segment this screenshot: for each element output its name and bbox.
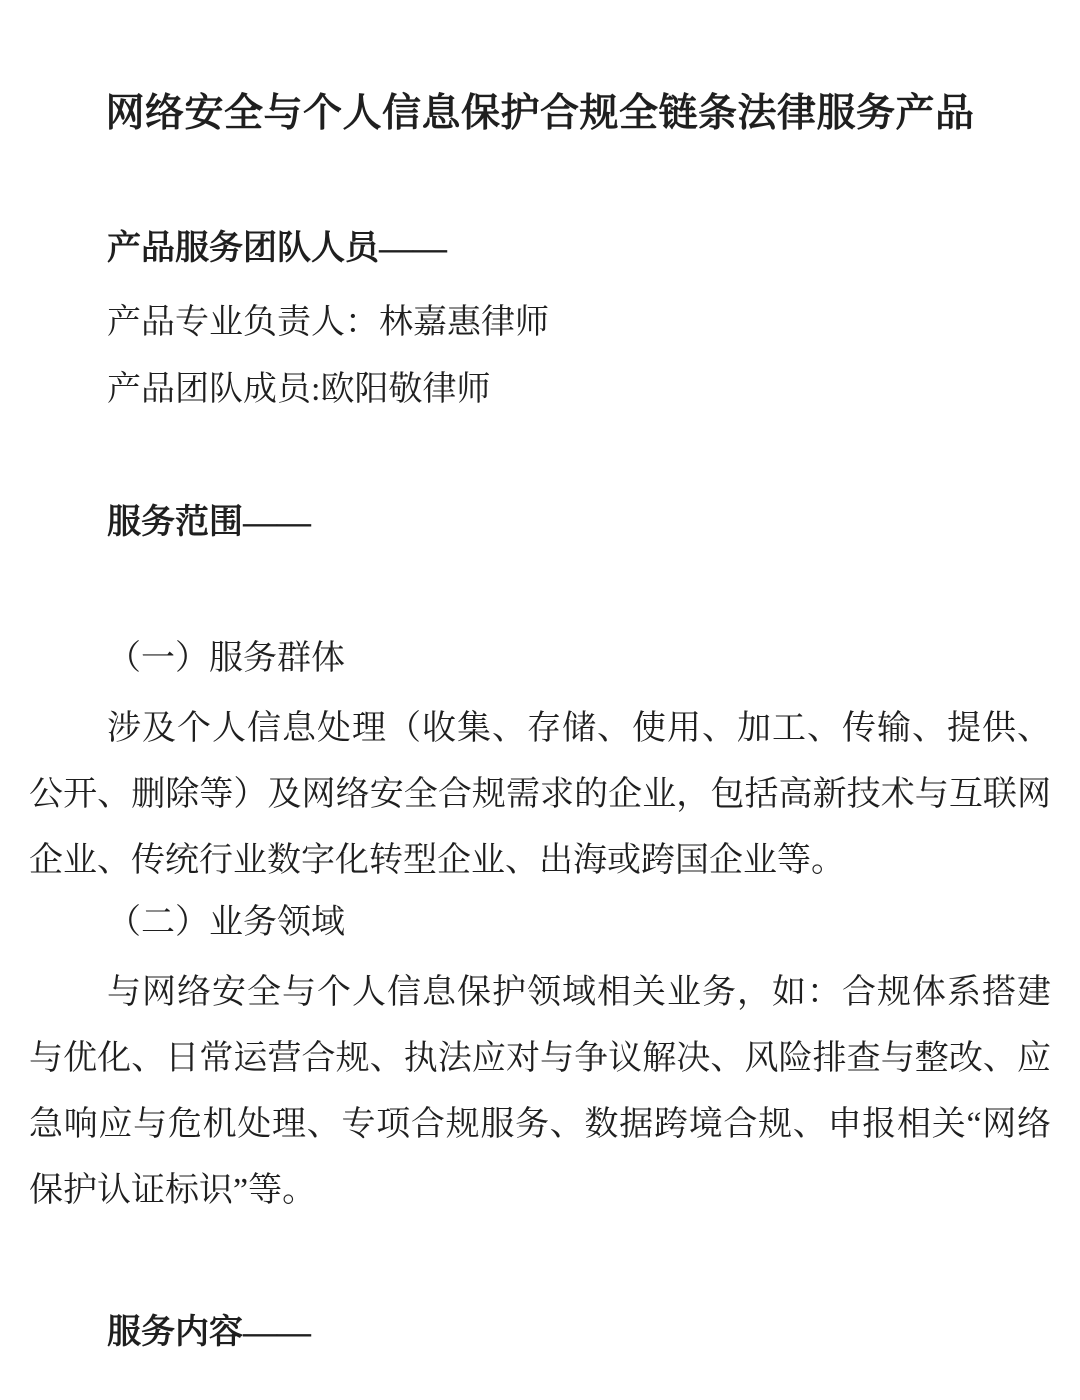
team-leader-line: 产品专业负责人：林嘉惠律师 <box>29 290 1051 356</box>
service-scope-heading: 服务范围—— <box>29 490 1051 556</box>
team-member-line: 产品团队成员:欧阳敬律师 <box>29 357 1051 423</box>
service-group-subheading: （一）服务群体 <box>29 626 1051 692</box>
business-field-line: 与优化、日常运营合规、执法应对与争议解决、风险排查与整改、应 <box>29 1026 1051 1092</box>
service-group-line: 企业、传统行业数字化转型企业、出海或跨国企业等。 <box>29 828 1051 894</box>
business-field-line: 急响应与危机处理、专项合规服务、数据跨境合规、申报相关“网络 <box>29 1092 1051 1158</box>
doc-title: 网络安全与个人信息保护合规全链条法律服务产品 <box>0 81 1080 147</box>
document-page: 网络安全与个人信息保护合规全链条法律服务产品 产品服务团队人员—— 产品专业负责… <box>0 0 1080 1400</box>
service-group-line: 涉及个人信息处理（收集、存储、使用、加工、传输、提供、 <box>29 696 1051 762</box>
service-group-line: 公开、删除等）及网络安全合规需求的企业，包括高新技术与互联网 <box>29 762 1051 828</box>
business-field-line: 保护认证标识”等。 <box>29 1158 1051 1224</box>
business-field-line: 与网络安全与个人信息保护领域相关业务，如：合规体系搭建 <box>29 960 1051 1026</box>
business-field-subheading: （二）业务领域 <box>29 890 1051 956</box>
team-heading: 产品服务团队人员—— <box>29 216 1051 282</box>
service-content-heading: 服务内容—— <box>29 1300 1051 1366</box>
